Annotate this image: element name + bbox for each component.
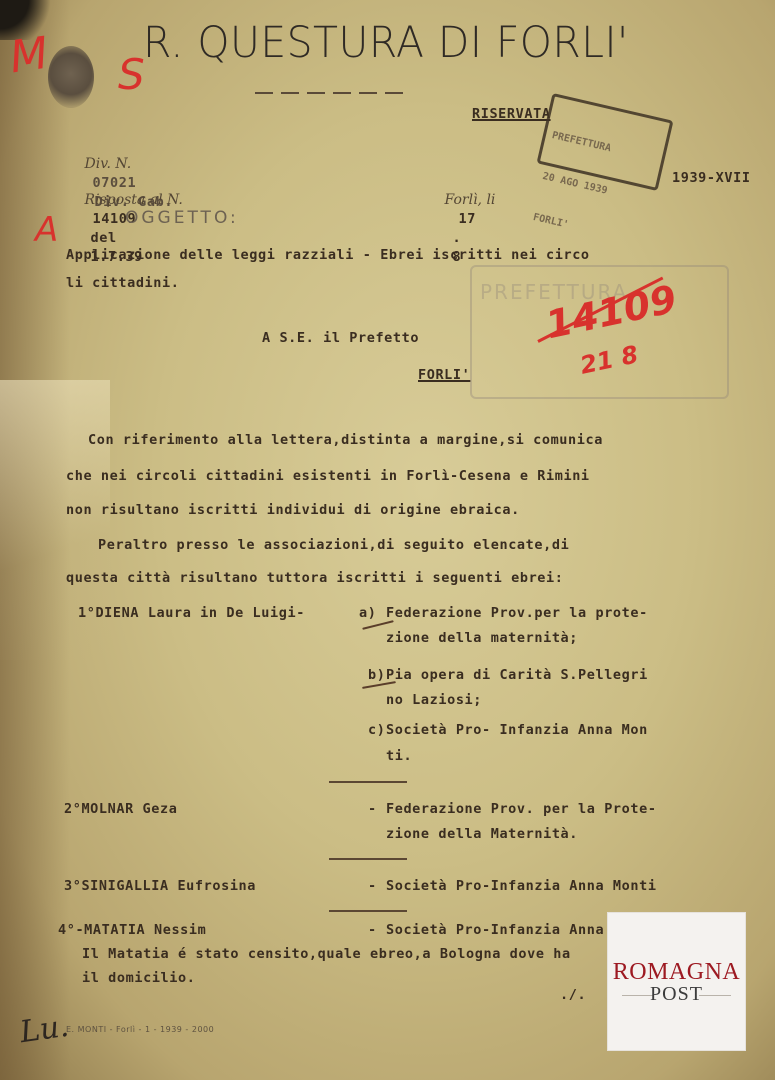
letterhead-title: R. QUESTURA DI FORLI' [143, 18, 629, 68]
document-scan: R. QUESTURA DI FORLI' M S A RISERVATA Di… [0, 0, 775, 1080]
date-day: 17 [459, 211, 476, 227]
subject-line-1: Applicazione delle leggi razziali - Ebre… [66, 247, 590, 263]
entry-1-marker-c: c) [368, 722, 385, 738]
entry-4-name: 4°-MATATIA Nessim [58, 922, 206, 938]
entry-separator [329, 858, 407, 860]
body-p1-line-3: non risultano iscritti individui di orig… [66, 502, 520, 518]
closing-mark: ./. [560, 987, 586, 1003]
reply-label: Risposta al N. [85, 192, 183, 208]
stamp-line: PREFETTURA [550, 129, 656, 166]
received-stamp: PREFETTURA 20 AGO 1939 FORLI' [536, 93, 673, 191]
red-annotation-s: S [118, 50, 145, 99]
entry-1-assoc-b-line-1: Pia opera di Carità S.Pellegri [386, 667, 648, 683]
entry-4-note-line-2: il domicilio. [82, 970, 195, 986]
logo-ornament-right [699, 995, 731, 996]
entry-1-marker-a: a) [359, 605, 376, 621]
entry-1-name: 1°DIENA Laura in De Luigi- [78, 605, 305, 621]
red-annotation-m: M [7, 28, 52, 84]
entry-separator [329, 910, 407, 912]
classification-label: RISERVATA [472, 106, 551, 122]
subject-label: OGGETTO: [125, 208, 239, 228]
body-p2-line-2: questa città risultano tuttora iscritti … [66, 570, 563, 586]
pen-mark [362, 620, 394, 630]
stamp-line: FORLI' [532, 211, 638, 248]
stamp-line: 20 AGO 1939 [541, 170, 647, 207]
recipient-line-1: A S.E. il Prefetto [262, 330, 419, 346]
printer-imprint: E. MONTI - Forlì - 1 - 1939 - 2000 [66, 1025, 214, 1034]
entry-4-note-line-1: Il Matatia é stato censito,quale ebreo,a… [82, 946, 571, 962]
entry-1-assoc-c-line-2: ti. [386, 748, 412, 764]
entry-1-assoc-c-line-1: Società Pro- Infanzia Anna Mon [386, 722, 648, 738]
coat-of-arms-icon [48, 46, 94, 108]
entry-2-name: 2°MOLNAR Geza [64, 801, 177, 817]
reply-date-label: del [91, 230, 117, 246]
logo-line-1: ROMAGNA [608, 959, 745, 986]
handwritten-signature: Lu. [18, 1009, 71, 1050]
entry-3-assoc-line-1: Società Pro-Infanzia Anna Monti [386, 878, 657, 894]
entry-1-marker-b: b) [368, 667, 385, 683]
entry-1-assoc-b-line-2: no Laziosi; [386, 692, 482, 708]
entry-2-marker: - [368, 801, 377, 817]
entry-4-marker: - [368, 922, 377, 938]
letterhead-rule [255, 92, 405, 94]
entry-2-assoc-line-2: zione della Maternità. [386, 826, 578, 842]
romagna-post-logo: ROMAGNA POST [607, 912, 746, 1051]
entry-1-assoc-a-line-2: zione della maternità; [386, 630, 578, 646]
entry-2-assoc-line-1: Federazione Prov. per la Prote- [386, 801, 657, 817]
entry-1-assoc-a-line-1: Federazione Prov.per la prote- [386, 605, 648, 621]
entry-separator [329, 781, 407, 783]
body-p1-line-2: che nei circoli cittadini esistenti in F… [66, 468, 590, 484]
entry-3-marker: - [368, 878, 377, 894]
date-year: 1939-XVII [672, 170, 751, 186]
body-p2-line-1: Peraltro presso le associazioni,di segui… [98, 537, 569, 553]
entry-3-name: 3°SINIGALLIA Eufrosina [64, 878, 256, 894]
place-label: Forlì, li [445, 192, 496, 208]
recipient-line-2: FORLI' [418, 367, 470, 383]
body-p1-line-1: Con riferimento alla lettera,distinta a … [88, 432, 603, 448]
subject-line-2: li cittadini. [66, 275, 179, 291]
